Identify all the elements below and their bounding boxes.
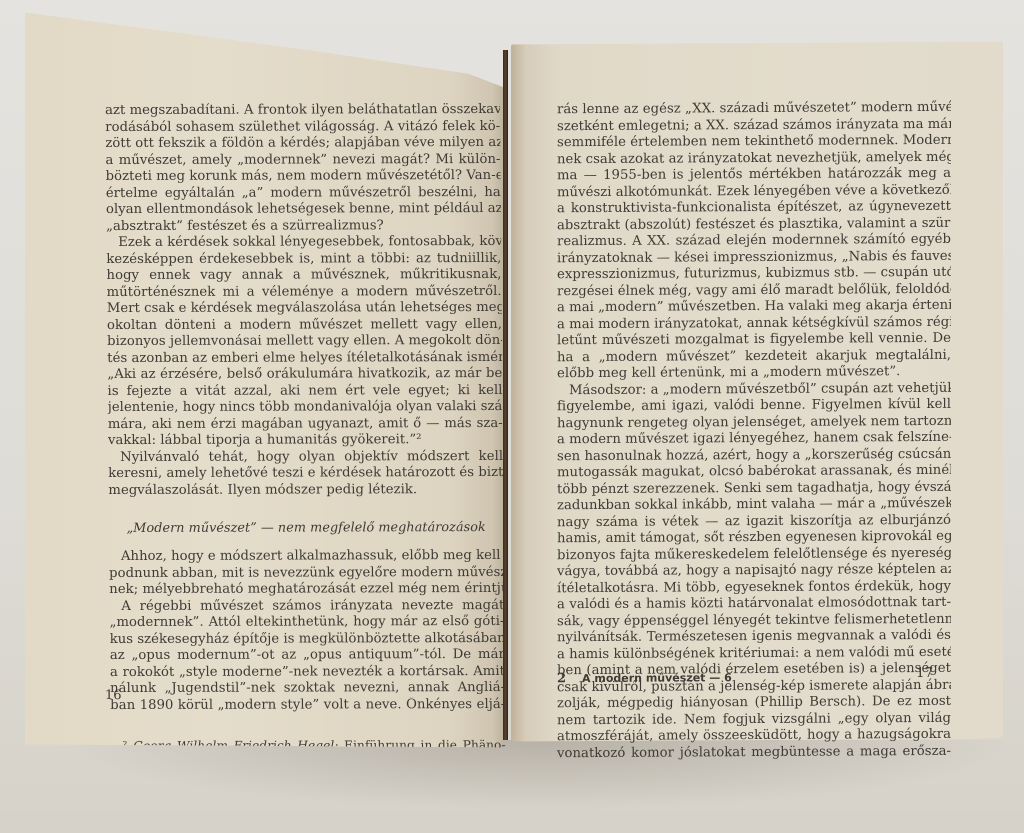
text-line: okoltan dönteni a modern művészet mellet… [107, 316, 502, 334]
section-heading: „Modern művészet” — nem megfelelő meghat… [109, 520, 504, 537]
text-line: Ezek a kérdések sokkal lényegesebbek, fo… [106, 234, 501, 252]
page-number: 16 [105, 688, 122, 703]
text-line: jelentenie, hogy nincs több mondanivalój… [108, 399, 503, 417]
text-line: podnunk abban, mit is nevezzünk egyelőre… [109, 564, 504, 582]
text-line: hamis, amit támogat, sőt részben egyenes… [557, 529, 951, 548]
text-line: „absztrakt” festészet és a szürrealizmus… [106, 217, 501, 235]
text-line: zött ott fekszik a földön a kérdés; alap… [105, 135, 500, 153]
text-line: megválaszolását. Ilyen módszer pedig lét… [108, 481, 503, 499]
paragraph: Ezek a kérdések sokkal lényegesebbek, fo… [106, 234, 503, 450]
text-line: expresszionizmus, futurizmus, kubizmus s… [557, 265, 951, 284]
paragraph: rás lenne az egész „XX. századi művészet… [557, 100, 951, 383]
signature-title: A modern művészet — 6 [582, 671, 732, 685]
text-line: a konstruktivista-funkcionalista építész… [557, 199, 951, 218]
text-line: zolják, mégpedig hiányosan (Phillip Bers… [557, 694, 951, 713]
text-line: a mai „modern” művészetben. Ha valaki me… [557, 298, 951, 317]
text-line: vakkal: lábbal tiporja a humanitás gyöke… [108, 432, 503, 450]
text-line: rás lenne az egész „XX. századi művészet… [557, 100, 951, 119]
text-line: azt megszabadítani. A frontok ilyen belá… [105, 102, 500, 120]
left-page-text: azt megszabadítani. A frontok ilyen belá… [105, 102, 506, 771]
text-line: keresni, amely lehetővé teszi e kérdések… [108, 465, 503, 483]
text-line: Nyilvánvaló tehát, hogy olyan objektív m… [108, 448, 503, 466]
text-line: a valódi és a hamis közti határvonalat e… [557, 595, 951, 614]
text-line: a rokokót „style moderne”-nek nevezték a… [110, 663, 505, 681]
text-line: „modernnek”. Attól eltekinthetünk, hogy … [109, 614, 504, 632]
right-page-text: rás lenne az egész „XX. századi művészet… [557, 100, 951, 762]
text-line: a modern művészet igazi lényegéhez, hane… [557, 430, 951, 449]
text-line: letűnt művészeti mozgalmat is figyelembe… [557, 331, 951, 350]
text-line: az „opus modernum”-ot az „opus antiquum”… [110, 647, 505, 665]
text-line: ma — 1955-ben is jelentős mértékben hatá… [557, 166, 951, 185]
text-line: realizmus. A XX. század elején modernnek… [557, 232, 951, 251]
text-line: értelme egyáltalán „a” modern művészetrő… [106, 184, 501, 202]
text-line: műtörténésznek mi a véleménye a modern m… [107, 283, 502, 301]
signature-number: 2 [557, 671, 566, 686]
text-line: mutogassák magukat, olcsó babérokat aras… [557, 463, 951, 482]
text-line: nek; mélyebbreható meghatározását ezzel … [109, 581, 504, 599]
left-page: azt megszabadítani. A frontok ilyen belá… [25, 13, 507, 748]
text-line: vágya, továbbá az, hogy a napisajtó nagy… [557, 562, 951, 581]
text-line: tés azonban az emberi elme helyes ítélet… [107, 349, 502, 367]
text-line: vonatkozó komor jóslatokat megbüntesse a… [557, 743, 951, 762]
paragraph: Másodszor: a „modern művészetből” csupán… [557, 380, 951, 762]
text-line: hogy ennek vagy annak a művésznek, műkri… [106, 267, 501, 285]
text-line: kezésképpen érdekesebbek is, mint a több… [106, 250, 501, 268]
text-line: ban 1890 körül „modern style” volt a nev… [110, 696, 505, 714]
text-line: A régebbi művészet számos irányzata neve… [109, 597, 504, 615]
text-line: semmiféle értelemben nem tekinthető mode… [557, 133, 951, 152]
text-line: bözteti meg korunk más, nem modern művés… [106, 168, 501, 186]
text-line: rodásából sohasem születhet világosság. … [105, 118, 500, 136]
spacer [110, 713, 505, 738]
text-line: bizonyos jellemvonásai mellett vagy elle… [107, 333, 502, 351]
printer-signature: 2A modern művészet — 6 [557, 670, 732, 686]
text-line: nyilvánítsák. Természetesen igenis megva… [557, 628, 951, 647]
text-line: Ahhoz, hogy e módszert alkalmazhassuk, e… [109, 548, 504, 566]
right-page: rás lenne az egész „XX. századi művészet… [511, 41, 1003, 741]
text-line: előbb meg kell értenünk, mi a „modern mű… [557, 364, 951, 383]
paragraph: azt megszabadítani. A frontok ilyen belá… [105, 102, 501, 235]
text-line: atmoszféráját, amely összeesküdött, hogy… [557, 727, 951, 746]
text-line: is fejezte a vitát azzal, aki nem ért ve… [107, 382, 502, 400]
paragraph: A régebbi művészet számos irányzata neve… [109, 597, 505, 714]
text-line: Mert csak e kérdések megválaszolása után… [107, 300, 502, 318]
paragraph: Nyilvánvaló tehát, hogy olyan objektív m… [108, 448, 503, 499]
paragraph: Ahhoz, hogy e módszert alkalmazhassuk, e… [109, 548, 504, 599]
book-gutter [503, 50, 508, 740]
text-line: a művészet, amely „modernnek” nevezi mag… [105, 151, 500, 169]
text-line: kus székesegyház építője is megkülönbözt… [110, 630, 505, 648]
text-line: olyan ellentmondások lehetségesek benne,… [106, 201, 501, 219]
page-number: 17 [916, 665, 933, 681]
text-line: zadunkban sokkal inkább, mint valaha — m… [557, 496, 951, 515]
text-line: mára, aki nem érzi magában ugyanazt, ami… [108, 415, 503, 433]
text-line: figyelembe, ami igazi, valódi benne. Fig… [557, 397, 951, 416]
text-line: „Aki az érzésére, belső orákulumára hiva… [107, 366, 502, 384]
text-line: nálunk „Jugendstil”-nek szoktak nevezni,… [110, 680, 505, 698]
